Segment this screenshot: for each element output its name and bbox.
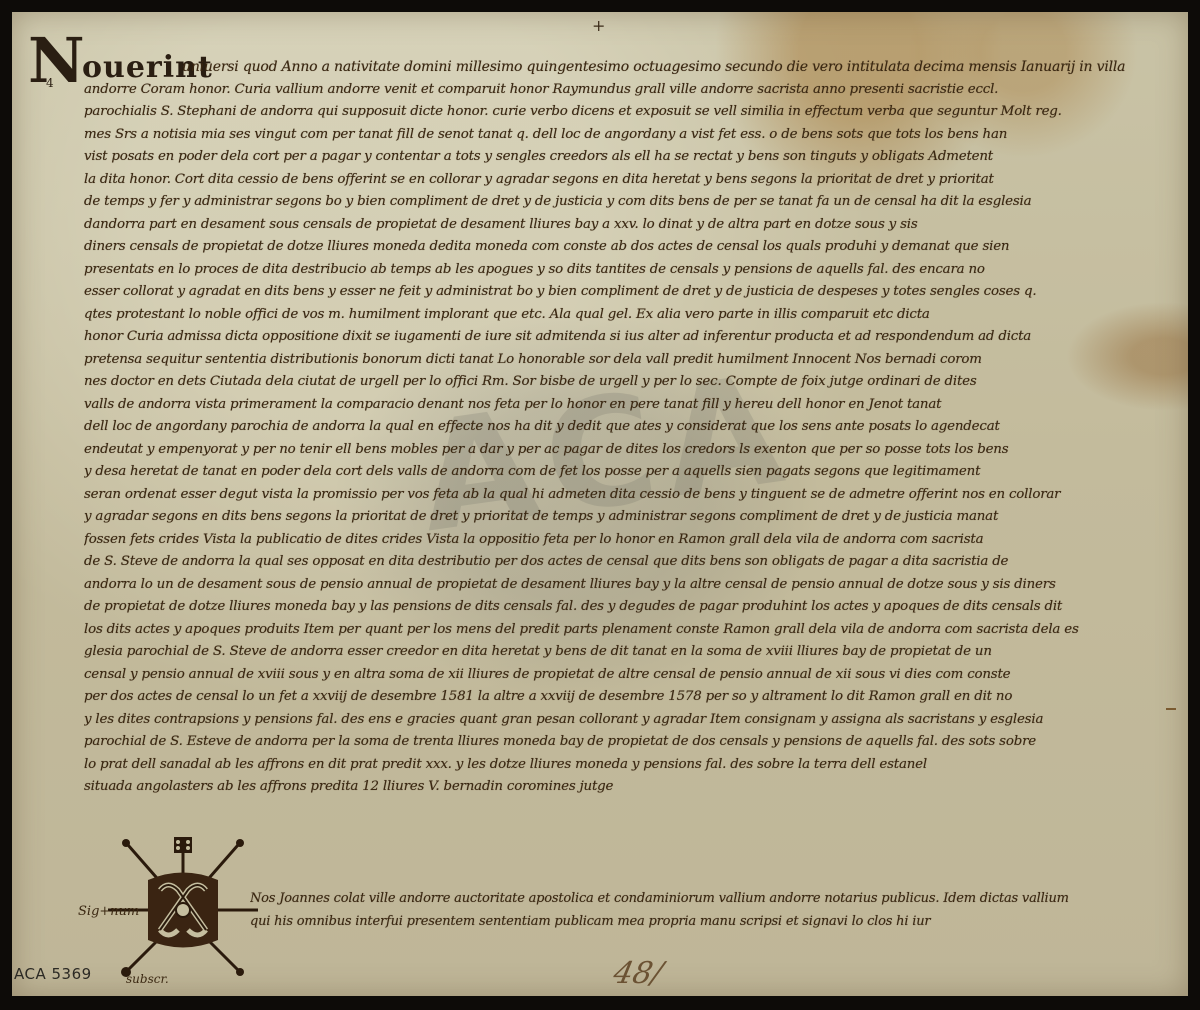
- attestation-line: qui his omnibus interfui presentem sente…: [250, 911, 1130, 934]
- manuscript-line: valls de andorra vista primerament la co…: [84, 394, 1144, 417]
- decorated-initial: N: [28, 30, 85, 92]
- scan-frame: ACA + N 4 ouerint uniuersi quod Anno a n…: [0, 0, 1200, 1010]
- charter-body: uniuersi quod Anno a nativitate domini m…: [84, 56, 1144, 799]
- margin-tick: [1166, 708, 1176, 710]
- manuscript-line: censal y pensio annual de xviii sous y e…: [84, 664, 1144, 687]
- manuscript-line: dell loc de angordany parochia de andorr…: [84, 416, 1144, 439]
- manuscript-line: lo prat dell sanadal ab les affrons en d…: [84, 754, 1144, 777]
- manuscript-line: per dos actes de censal lo un fet a xxvi…: [84, 686, 1144, 709]
- manuscript-line: esser collorat y agradat en dits bens y …: [84, 281, 1144, 304]
- manuscript-line: pretensa sequitur sententia distribution…: [84, 349, 1144, 372]
- manuscript-line: y desa heretat de tanat en poder dela co…: [84, 461, 1144, 484]
- manuscript-line: situada angolasters ab les affrons predi…: [84, 776, 1144, 799]
- signum-text: Sig+num: [78, 904, 139, 919]
- manuscript-line: los dits actes y apoques produits Item p…: [84, 619, 1144, 642]
- subscription-flourish: subscr.: [126, 972, 169, 986]
- manuscript-line: parochialis S. Stephani de andorra qui s…: [84, 101, 1144, 124]
- manuscript-line: qtes protestant lo noble offici de vos m…: [84, 304, 1144, 327]
- manuscript-line: parochial de S. Esteve de andorra per la…: [84, 731, 1144, 754]
- manuscript-line: seran ordenat esser degut vista la promi…: [84, 484, 1144, 507]
- manuscript-line: vist posats en poder dela cort per a pag…: [84, 146, 1144, 169]
- attestation-line: Nos Joannes colat ville andorre auctorit…: [250, 888, 1130, 911]
- manuscript-line: presentats en lo proces de dita destribu…: [84, 259, 1144, 282]
- manuscript-line: y les dites contrapsions y pensions fal.…: [84, 709, 1144, 732]
- manuscript-line: nes doctor en dets Ciutada dela ciutat d…: [84, 371, 1144, 394]
- manuscript-line: endeutat y empenyorat y per no tenir ell…: [84, 439, 1144, 462]
- manuscript-line: de propietat de dotze lliures moneda bay…: [84, 596, 1144, 619]
- manuscript-line: andorre Coram honor. Curia vallium andor…: [84, 79, 1144, 102]
- archive-label: ACA 5369: [14, 965, 92, 983]
- folio-mark: 48/: [610, 956, 666, 991]
- manuscript-line: mes Srs a notisia mia ses vingut com per…: [84, 124, 1144, 147]
- manuscript-line: dandorra part en desament sous censals d…: [84, 214, 1144, 237]
- manuscript-line: andorra lo un de desament sous de pensio…: [84, 574, 1144, 597]
- manuscript-line: honor Curia admissa dicta oppositione di…: [84, 326, 1144, 349]
- manuscript-line: glesia parochial de S. Steve de andorra …: [84, 641, 1144, 664]
- initial-subscript: 4: [46, 76, 54, 90]
- manuscript-line: la dita honor. Cort dita cessio de bens …: [84, 169, 1144, 192]
- manuscript-line: de S. Steve de andorra la qual ses oppos…: [84, 551, 1144, 574]
- manuscript-line: diners censals de propietat de dotze lli…: [84, 236, 1144, 259]
- cross-mark: +: [592, 16, 605, 35]
- manuscript-line: y agradar segons en dits bens segons la …: [84, 506, 1144, 529]
- notarial-attestation: Nos Joannes colat ville andorre auctorit…: [250, 888, 1130, 933]
- manuscript-line: uniuersi quod Anno a nativitate domini m…: [84, 56, 1144, 79]
- manuscript-line: de temps y fer y administrar segons bo y…: [84, 191, 1144, 214]
- manuscript-line: fossen fets crides Vista la publicatio d…: [84, 529, 1144, 552]
